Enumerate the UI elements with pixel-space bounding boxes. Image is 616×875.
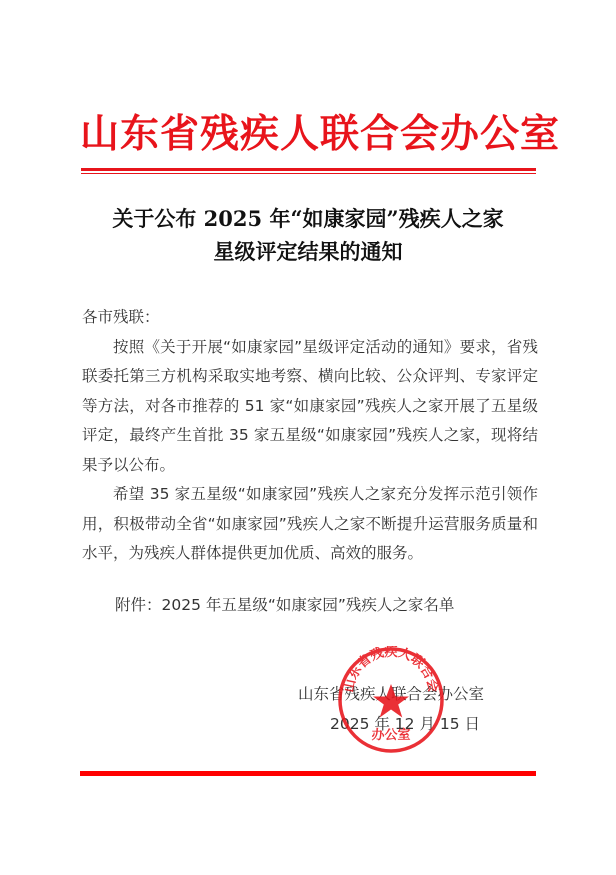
- header-rule-thin: [81, 173, 536, 174]
- document-title-line1: 关于公布 2025 年“如康家园”残疾人之家: [80, 202, 536, 235]
- header-rule-thick: [81, 168, 536, 171]
- seal-bottom-text: 办公室: [371, 727, 410, 743]
- document-title-line2: 星级评定结果的通知: [80, 235, 536, 268]
- salutation: 各市残联：: [82, 303, 538, 333]
- footer-rule: [80, 771, 536, 776]
- document-page: 山东省残疾人联合会办公室 关于公布 2025 年“如康家园”残疾人之家 星级评定…: [0, 0, 616, 875]
- body-paragraph-1: 按照《关于开展“如康家园”星级评定活动的通知》要求，省残联委托第三方机构采取实地…: [82, 333, 538, 481]
- body-paragraph-2: 希望 35 家五星级“如康家园”残疾人之家充分发挥示范引领作用，积极带动全省“如…: [82, 480, 538, 569]
- attachment-note: 附件：2025 年五星级“如康家园”残疾人之家名单: [115, 593, 454, 615]
- document-title: 关于公布 2025 年“如康家园”残疾人之家 星级评定结果的通知: [80, 202, 536, 268]
- document-body: 各市残联： 按照《关于开展“如康家园”星级评定活动的通知》要求，省残联委托第三方…: [82, 303, 538, 569]
- org-header-title: 山东省残疾人联合会办公室: [80, 108, 536, 160]
- official-seal: 山东省残疾人联合会 办公室: [337, 646, 445, 754]
- star-icon: [373, 684, 409, 718]
